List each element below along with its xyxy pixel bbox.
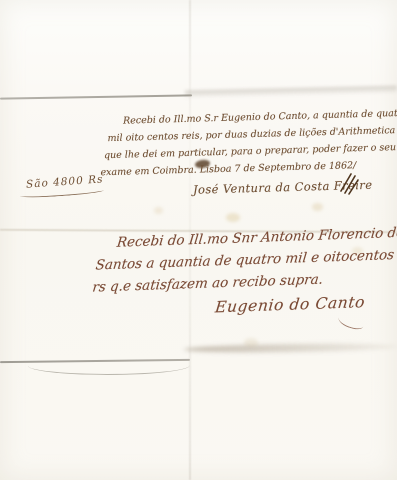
fold-crease-bottom-left (0, 359, 190, 363)
fold-crease-top-left (0, 94, 192, 99)
foxing-stain (312, 203, 323, 211)
signature-flourish (337, 313, 365, 332)
foxing-stain (154, 207, 163, 214)
fold-crease-top-right (185, 86, 397, 98)
document-scan: Recebi do Ill.mo S.r Eugenio do Canto, a… (0, 0, 397, 480)
signature-rubric-icon (338, 171, 360, 195)
upper-signature: José Ventura da Costa Freire (193, 176, 397, 199)
foxing-stain (244, 338, 258, 347)
fold-crease-bottom-right (184, 343, 397, 354)
foxing-stain (226, 213, 240, 222)
lower-receipt: Recebi do Ill.mo Snr Antonio Florencio d… (91, 221, 397, 322)
fold-crease-bottom-arc (28, 355, 190, 375)
